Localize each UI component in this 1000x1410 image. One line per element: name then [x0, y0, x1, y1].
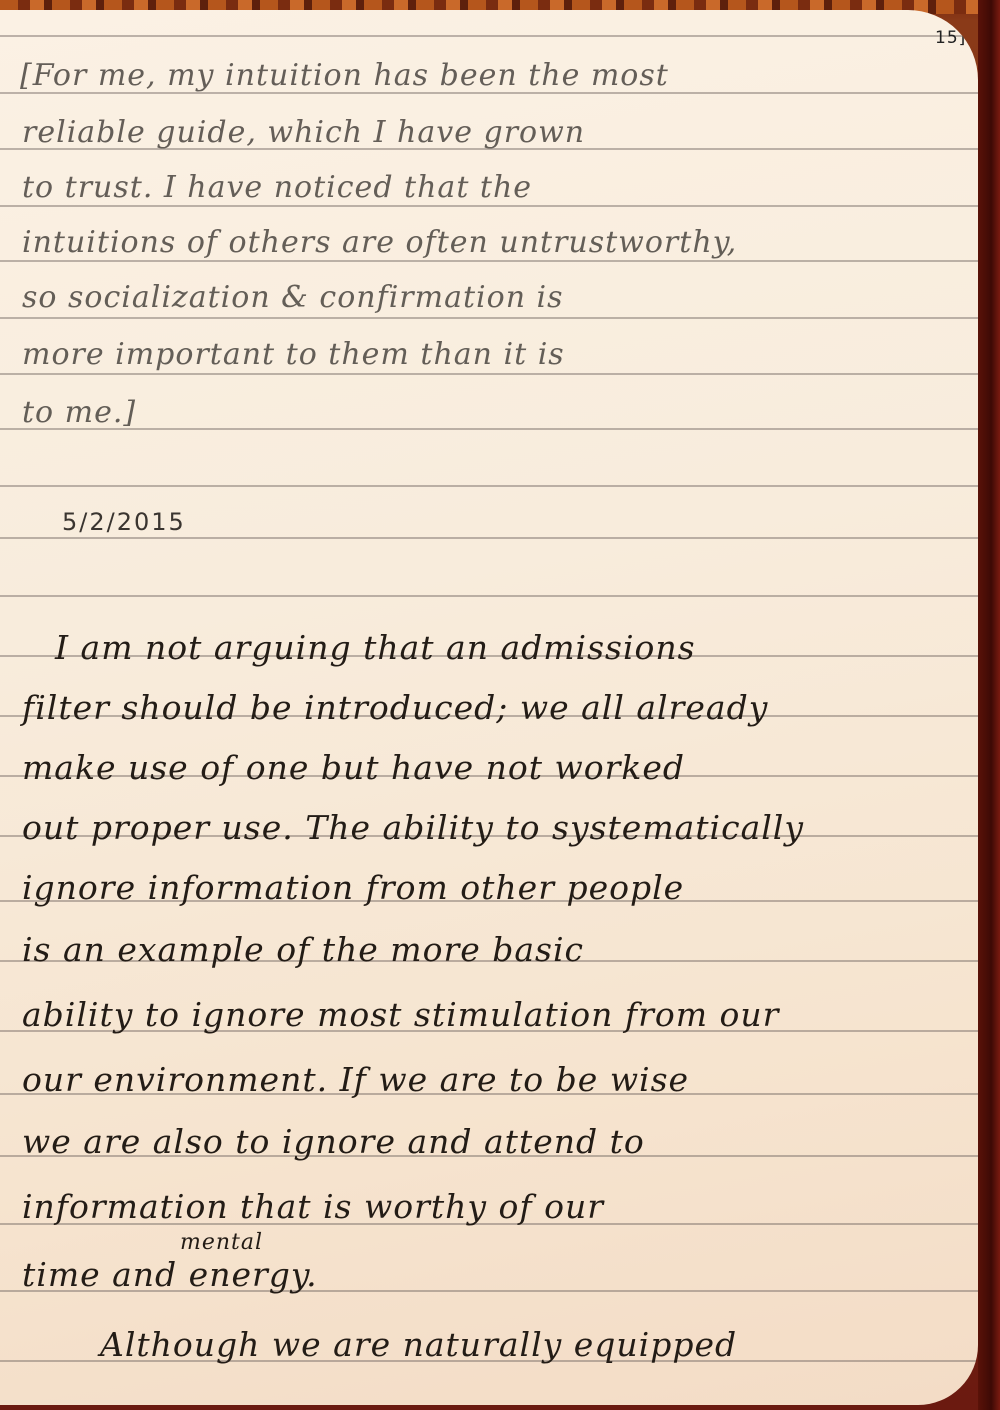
entry-line: time and energy.	[22, 1255, 318, 1294]
entry-line: make use of one but have not worked	[22, 748, 685, 787]
entry-date: 5/2/2015	[62, 508, 186, 536]
entry-line: information that is worthy of our	[22, 1187, 604, 1226]
entry-line: filter should be introduced; we all alre…	[22, 688, 768, 727]
ruled-line	[0, 485, 978, 487]
ruled-line	[0, 373, 978, 375]
entry-line: out proper use. The ability to systemati…	[22, 808, 804, 847]
notebook-cover-edge	[978, 0, 1000, 1410]
entry-line: ignore information from other people	[22, 868, 684, 907]
page-number: 15]	[935, 28, 966, 48]
ruled-line	[0, 205, 978, 207]
entry-line: Although we are naturally equipped	[100, 1325, 737, 1364]
note-line: to trust. I have noticed that the	[22, 170, 532, 205]
note-line: intuitions of others are often untrustwo…	[22, 225, 737, 260]
ruled-line	[0, 537, 978, 539]
note-line: reliable guide, which I have grown	[22, 115, 585, 150]
entry-line: ability to ignore most stimulation from …	[22, 995, 779, 1034]
ruled-line	[0, 317, 978, 319]
entry-line: we are also to ignore and attend to	[22, 1122, 645, 1161]
entry-line: our environment. If we are to be wise	[22, 1060, 689, 1099]
ruled-line	[0, 428, 978, 430]
entry-line: is an example of the more basic	[22, 930, 584, 969]
inserted-word: mental	[180, 1230, 263, 1255]
ruled-line	[0, 260, 978, 262]
note-line: more important to them than it is	[22, 337, 565, 372]
entry-line: I am not arguing that an admissions	[55, 628, 696, 667]
ruled-line	[0, 595, 978, 597]
note-line: so socialization & confirmation is	[22, 280, 564, 315]
notebook-page: 15] [For me, my intuition has been the m…	[0, 10, 978, 1405]
ruled-line	[0, 35, 978, 37]
note-line: [For me, my intuition has been the most	[20, 58, 669, 93]
note-line: to me.]	[22, 395, 136, 430]
